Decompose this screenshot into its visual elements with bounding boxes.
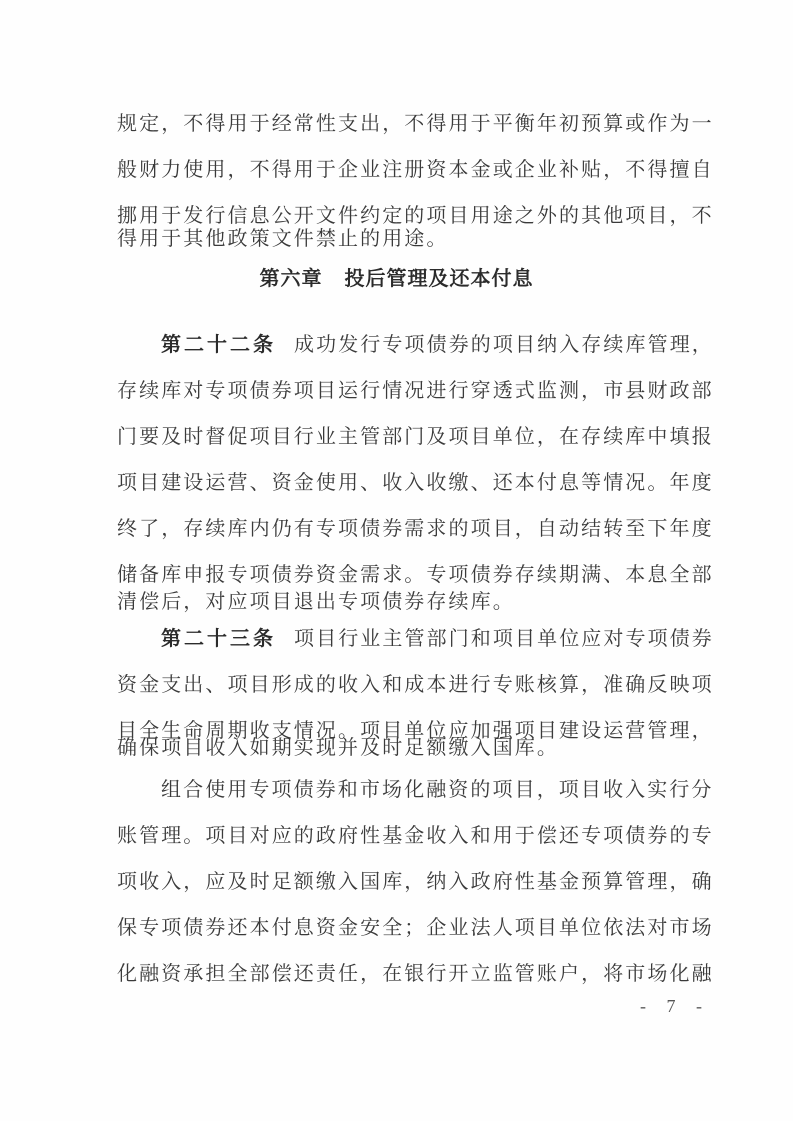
- article-22-label: 第二十二条: [161, 332, 276, 356]
- article-23-text: 项目行业主管部门和项目单位应对专项债券: [294, 626, 714, 650]
- body-text-line: 项收入，应及时足额缴入国库，纳入政府性基金预算管理，确: [117, 858, 703, 904]
- article-22-first-line: 第二十二条成功发行专项债券的项目纳入存续库管理，: [117, 321, 703, 367]
- page-number: - 7 -: [640, 996, 710, 1017]
- body-text-line: 项目建设运营、资金使用、收入收缴、还本付息等情况。年度: [117, 459, 703, 505]
- paragraph-first-line: 组合使用专项债券和市场化融资的项目，项目收入实行分: [117, 766, 703, 812]
- body-text-line: 资金支出、项目形成的收入和成本进行专账核算，准确反映项: [117, 661, 703, 707]
- document-page: 规定，不得用于经常性支出，不得用于平衡年初预算或作为一 般财力使用，不得用于企业…: [0, 0, 793, 1121]
- body-text-line: 门要及时督促项目行业主管部门及项目单位，在存续库中填报: [117, 413, 703, 459]
- body-text-line: 确保项目收入如期实现并及时足额缴入国库。: [117, 724, 703, 770]
- body-text-line: 得用于其他政策文件禁止的用途。: [117, 215, 703, 261]
- chapter-number: 第六章: [260, 266, 323, 290]
- body-text-line: 化融资承担全部偿还责任，在银行开立监管账户，将市场化融: [117, 950, 703, 996]
- body-text-line: 存续库对专项债券项目运行情况进行穿透式监测，市县财政部: [117, 367, 703, 413]
- body-text-line: 账管理。项目对应的政府性基金收入和用于偿还专项债券的专: [117, 812, 703, 858]
- article-23-label: 第二十三条: [161, 626, 276, 650]
- body-text-line: 终了，存续库内仍有专项债券需求的项目，自动结转至下年度: [117, 505, 703, 551]
- body-text-line: 保专项债券还本付息资金安全；企业法人项目单位依法对市场: [117, 904, 703, 950]
- article-22-text: 成功发行专项债券的项目纳入存续库管理，: [294, 332, 714, 356]
- chapter-heading: 第六章投后管理及还本付息: [0, 262, 793, 291]
- body-text-line: 般财力使用，不得用于企业注册资本金或企业补贴，不得擅自: [117, 146, 703, 192]
- body-text-line: 规定，不得用于经常性支出，不得用于平衡年初预算或作为一: [117, 100, 703, 146]
- chapter-title: 投后管理及还本付息: [345, 266, 534, 290]
- article-23-first-line: 第二十三条项目行业主管部门和项目单位应对专项债券: [117, 615, 703, 661]
